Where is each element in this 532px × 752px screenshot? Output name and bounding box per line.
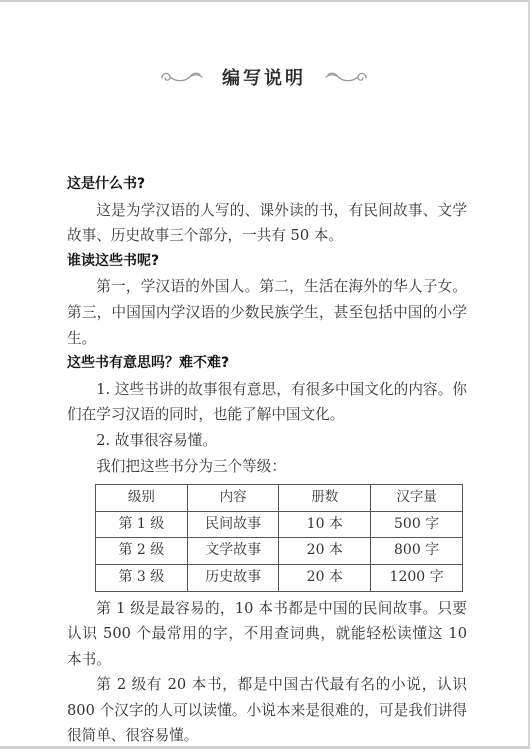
cell-characters: 500 字 bbox=[371, 511, 463, 538]
paragraph: 第一，学汉语的外国人。第二，生活在海外的华人子女。第三，中国国内学汉语的少数民族… bbox=[67, 274, 467, 351]
section-heading-what-book: 这是什么书? bbox=[67, 172, 467, 198]
cell-content: 民间故事 bbox=[187, 511, 279, 538]
column-header-characters: 汉字量 bbox=[371, 485, 463, 512]
cell-content: 历史故事 bbox=[187, 564, 279, 591]
body-content: 这是什么书? 这是为学汉语的人写的、课外读的书，有民间故事、文学故事、历史故事三… bbox=[67, 172, 467, 749]
page-title: 编写说明 bbox=[222, 64, 306, 90]
cell-content: 文学故事 bbox=[187, 538, 279, 565]
title-row: 编写说明 bbox=[0, 64, 528, 90]
section-heading-who-reads: 谁读这些书呢? bbox=[67, 249, 467, 275]
column-header-volumes: 册数 bbox=[279, 485, 371, 512]
paragraph: 1. 这些书讲的故事很有意思，有很多中国文化的内容。你们在学习汉语的同时，也能了… bbox=[67, 377, 467, 428]
table-row: 第 2 级 文学故事 20 本 800 字 bbox=[96, 538, 463, 565]
cell-volumes: 20 本 bbox=[279, 564, 371, 591]
column-header-content: 内容 bbox=[187, 485, 279, 512]
table-header-row: 级别 内容 册数 汉字量 bbox=[96, 485, 463, 512]
table-row: 第 1 级 民间故事 10 本 500 字 bbox=[96, 511, 463, 538]
table-row: 第 3 级 历史故事 20 本 1200 字 bbox=[96, 564, 463, 591]
section-heading-interesting: 这些书有意思吗？难不难? bbox=[67, 351, 467, 377]
paragraph: 这是为学汉语的人写的、课外读的书，有民间故事、文学故事、历史故事三个部分，一共有… bbox=[67, 198, 467, 249]
cell-volumes: 20 本 bbox=[279, 538, 371, 565]
cell-level: 第 2 级 bbox=[96, 538, 188, 565]
level-table-wrapper: 级别 内容 册数 汉字量 第 1 级 民间故事 10 本 500 字 第 2 级 bbox=[95, 484, 467, 591]
swirl-ornament-right-icon bbox=[322, 68, 370, 86]
column-header-level: 级别 bbox=[96, 485, 188, 512]
document-page: 编写说明 这是什么书? 这是为学汉语的人写的、课外读的书，有民间故事、文学故事、… bbox=[0, 0, 530, 749]
cell-level: 第 1 级 bbox=[96, 511, 188, 538]
paragraph: 我们把这些书分为三个等级： bbox=[67, 454, 467, 480]
paragraph: 第 2 级有 20 本书，都是中国古代最有名的小说，认识 800 个汉字的人可以… bbox=[67, 672, 467, 749]
level-table: 级别 内容 册数 汉字量 第 1 级 民间故事 10 本 500 字 第 2 级 bbox=[95, 484, 463, 591]
cell-characters: 800 字 bbox=[371, 538, 463, 565]
cell-level: 第 3 级 bbox=[96, 564, 188, 591]
paragraph: 2. 故事很容易懂。 bbox=[67, 428, 467, 454]
swirl-ornament-left-icon bbox=[158, 68, 206, 86]
cell-characters: 1200 字 bbox=[371, 564, 463, 591]
paragraph: 第 1 级是最容易的，10 本书都是中国的民间故事。只要认识 500 个最常用的… bbox=[67, 596, 467, 673]
cell-volumes: 10 本 bbox=[279, 511, 371, 538]
